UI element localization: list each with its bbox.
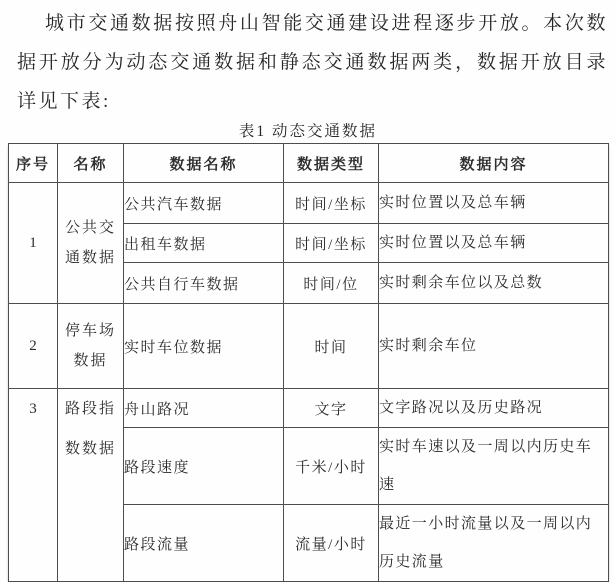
document-page: 城市交通数据按照舟山智能交通建设进程逐步开放。本次数据开放分为动态交通数据和静态…: [0, 0, 615, 582]
data-name-cell: 公共汽车数据: [124, 183, 284, 224]
data-type-cell: 千米/小时: [284, 428, 379, 505]
group-3-seq-cell: 3: [9, 389, 58, 582]
group-1-name-cell: 公共交通数据: [58, 183, 124, 304]
header-name: 名称: [58, 144, 124, 183]
header-seq: 序号: [9, 144, 58, 183]
header-data-name: 数据名称: [124, 144, 284, 183]
dynamic-traffic-data-table: 序号 名称 数据名称 数据类型 数据内容 1 公共交通数据 公共汽车数据 时间/…: [8, 143, 609, 582]
data-name-cell: 公共自行车数据: [124, 263, 284, 304]
data-name-cell: 路段速度: [124, 428, 284, 505]
table-row-road-condition: 3 路段指数数据 舟山路况 文字 文字路况以及历史路况: [9, 389, 609, 428]
data-content-cell: 实时位置以及总车辆: [379, 224, 609, 263]
group-3-name-cell: 路段指数数据: [58, 389, 124, 582]
data-type-cell: 时间/位: [284, 263, 379, 304]
data-name-cell: 实时车位数据: [124, 304, 284, 389]
table-header-row: 序号 名称 数据名称 数据类型 数据内容: [9, 144, 609, 183]
group-1-seq-cell: 1: [9, 183, 58, 304]
data-type-cell: 时间/坐标: [284, 183, 379, 224]
data-content-cell: 最近一小时流量以及一周以内历史流量: [379, 505, 609, 582]
data-content-cell: 实时车速以及一周以内历史车速: [379, 428, 609, 505]
data-name-cell: 舟山路况: [124, 389, 284, 428]
table-caption: 表1 动态交通数据: [0, 121, 615, 143]
data-content-cell: 文字路况以及历史路况: [379, 389, 609, 428]
data-type-cell: 时间/坐标: [284, 224, 379, 263]
data-type-cell: 流量/小时: [284, 505, 379, 582]
group-2-name-cell: 停车场数据: [58, 304, 124, 389]
data-content-cell: 实时位置以及总车辆: [379, 183, 609, 224]
table-row-bus: 1 公共交通数据 公共汽车数据 时间/坐标 实时位置以及总车辆: [9, 183, 609, 224]
header-data-content: 数据内容: [379, 144, 609, 183]
data-name-cell: 出租车数据: [124, 224, 284, 263]
data-type-cell: 时间: [284, 304, 379, 389]
intro-paragraph: 城市交通数据按照舟山智能交通建设进程逐步开放。本次数据开放分为动态交通数据和静态…: [0, 0, 615, 121]
table-row-parking: 2 停车场数据 实时车位数据 时间 实时剩余车位: [9, 304, 609, 389]
data-content-cell: 实时剩余车位: [379, 304, 609, 389]
header-data-type: 数据类型: [284, 144, 379, 183]
data-type-cell: 文字: [284, 389, 379, 428]
group-2-seq-cell: 2: [9, 304, 58, 389]
data-content-cell: 实时剩余车位以及总数: [379, 263, 609, 304]
data-name-cell: 路段流量: [124, 505, 284, 582]
